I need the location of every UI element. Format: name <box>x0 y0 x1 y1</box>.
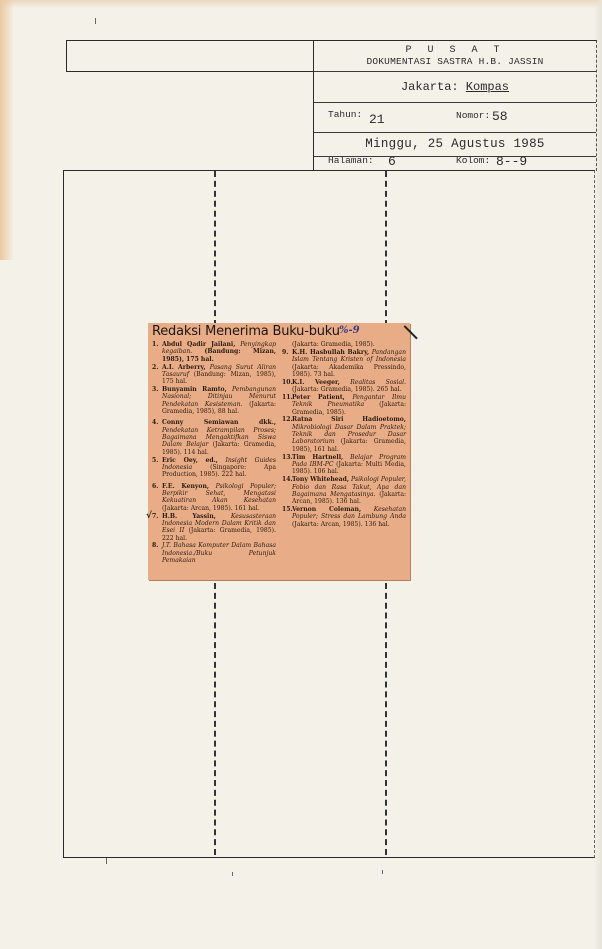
header-box: P U S A T DOKUMENTASI SASTRA H.B. JASSIN… <box>313 40 597 171</box>
column-guide-left-bottom <box>214 583 216 855</box>
list-item: 11. Peter Patient, Pengantar Ilmu Teknik… <box>282 394 406 416</box>
list-item: 3. Bunyamin Ramto, Pembangunan Nasional;… <box>152 386 276 415</box>
publication-line: Jakarta: Kompas <box>314 71 596 94</box>
list-item: 4. Conny Semiawan dkk., Pendekatan Ketra… <box>152 419 276 456</box>
clipping-column-right: (Jakarta: Gramedia, 1985). 9. K.H. Hasbu… <box>282 341 406 529</box>
list-item: 8. J.T. Bahasa Komputer Dalam Bahasa Ind… <box>152 542 276 564</box>
column-guide-right-top <box>385 171 387 326</box>
tahun-label: Tahun: <box>328 109 362 120</box>
title-box <box>66 40 314 72</box>
paper-stain-left <box>0 0 14 260</box>
list-item: 13. Tim Hartnell, Belajar Program Pada I… <box>282 454 406 476</box>
list-item: 15. Vernon Coleman, Kesehatan Populer; S… <box>282 506 406 528</box>
handwritten-note: %-9 <box>339 325 360 336</box>
issue-date: Minggu, 25 Agustus 1985 <box>314 132 596 151</box>
paper-speck <box>95 18 96 24</box>
column-guide-right-bottom <box>385 583 387 855</box>
institution-line1: P U S A T <box>314 41 596 56</box>
institution-row: P U S A T DOKUMENTASI SASTRA H.B. JASSIN <box>314 41 596 72</box>
list-item: 6. F.E. Kenyon, Psikologi Populer; Berpi… <box>152 483 276 512</box>
list-item: √ 7. H.B. Yassin, Kesusasteraan Indonesi… <box>152 513 276 542</box>
list-item-continued: (Jakarta: Gramedia, 1985). <box>282 341 406 348</box>
date-row: Minggu, 25 Agustus 1985 <box>314 132 596 157</box>
halaman-label: Halaman: <box>328 155 374 166</box>
tahun-nomor-row: Tahun: 21 Nomor: 58 <box>314 102 596 133</box>
tahun-value: 21 <box>369 112 385 127</box>
paper-speck <box>232 872 233 876</box>
city-label: Jakarta: <box>401 80 459 94</box>
clipping-title: Redaksi Menerima Buku-buku <box>152 324 340 339</box>
list-item: 12. Ratna Siri Hadioetomo, Mikrobiologi … <box>282 416 406 453</box>
nomor-label: Nomor: <box>456 110 490 121</box>
list-item: 1. Abdul Qadir Jailani, Penyingkap kegai… <box>152 341 276 363</box>
clipping-column-left: 1. Abdul Qadir Jailani, Penyingkap kegai… <box>152 341 276 565</box>
nomor-value: 58 <box>492 109 508 124</box>
paper-speck <box>106 858 107 864</box>
kolom-value: 8--9 <box>496 154 527 169</box>
halaman-kolom-row: Halaman: 6 Kolom: 8--9 <box>314 156 596 171</box>
list-item: 14. Tony Whitehead, Psikologi Populer, F… <box>282 476 406 505</box>
list-item: 10. K.I. Veeger, Realitas Sosial. (Jakar… <box>282 379 406 394</box>
paper-speck <box>382 870 383 874</box>
newspaper-clipping: Redaksi Menerima Buku-buku %-9 1. Abdul … <box>148 323 410 580</box>
list-item: 5. Eric Oey, ed., Insight Guides Indones… <box>152 457 276 479</box>
paper-stain-top <box>0 0 602 8</box>
list-item: 9. K.H. Hasbullah Bakry, Pandangan Islam… <box>282 349 406 378</box>
publication-name: Kompas <box>466 80 509 94</box>
publication-row: Jakarta: Kompas <box>314 71 596 103</box>
kolom-label: Kolom: <box>456 155 490 166</box>
halaman-value: 6 <box>388 154 396 169</box>
column-guide-left-top <box>214 171 216 326</box>
list-item: 2. A.I. Arberry, Pasang Surut Aliran Tas… <box>152 364 276 386</box>
institution-line2: DOKUMENTASI SASTRA H.B. JASSIN <box>314 56 596 67</box>
